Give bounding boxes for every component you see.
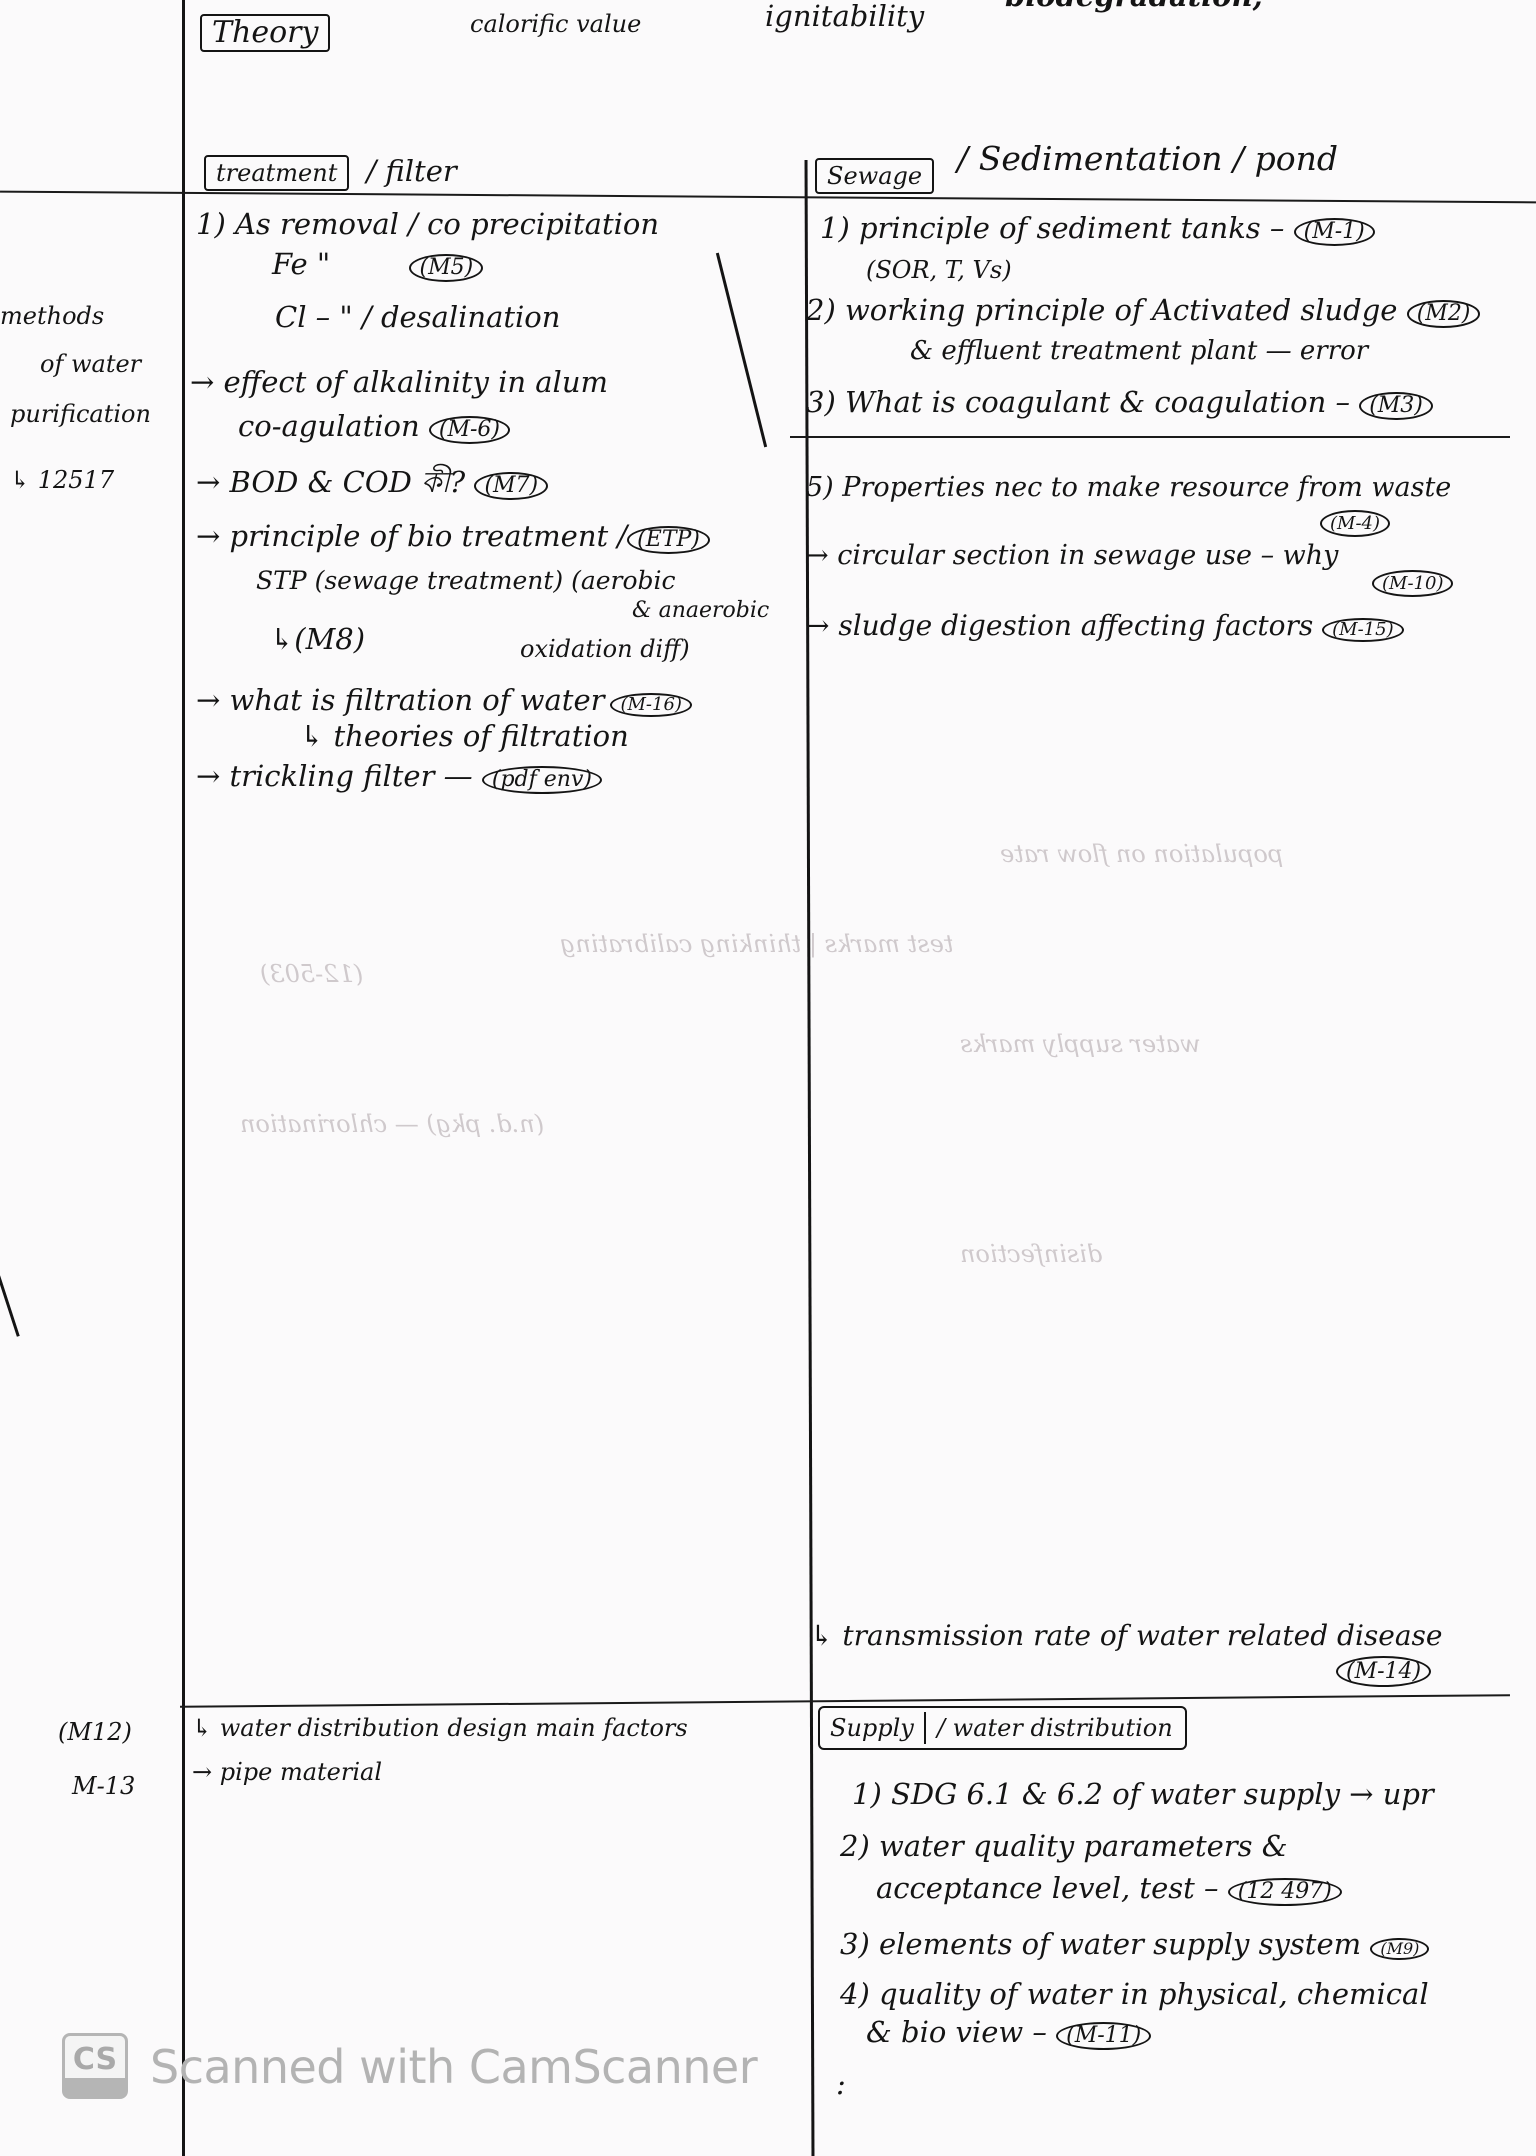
margin-stroke <box>0 1269 20 1337</box>
sewage-item-6: 5) Properties nec to make resource from … <box>806 474 1451 501</box>
treatment-item-9: & anaerobic <box>632 598 769 623</box>
margin-ref-m13: M-13 <box>72 1772 135 1800</box>
ref-badge: (M7) <box>474 472 548 500</box>
sewage-heading-row: Sewage / Sedimentation / pond <box>815 142 1338 180</box>
treatment-item-13: ↳ theories of filtration <box>300 722 629 751</box>
ref-badge: (M5) <box>409 254 483 282</box>
sewage-item-9: ↳ transmission rate of water related dis… <box>810 1622 1442 1650</box>
ref-badge: (M2) <box>1407 300 1481 328</box>
topic-ignitability: ignitability <box>765 2 924 31</box>
treatment-subheading: / filter <box>366 154 456 188</box>
camscanner-logo-icon: CS <box>62 2033 128 2099</box>
sewage-item-2: (SOR, T, Vs) <box>866 256 1012 284</box>
topic-calorific-value: calorific value <box>470 10 641 38</box>
treatment-item-7: → principle of bio treatment /(ETP) <box>196 522 710 554</box>
treatment-item-4: → effect of alkalinity in alum <box>190 368 608 397</box>
treatment-heading: treatment <box>204 155 349 191</box>
header-divider <box>0 191 1536 204</box>
ghost-text-2: test marks | thinking calibrating <box>560 930 953 958</box>
supply-item-7: : <box>836 2070 846 2099</box>
margin-methods: methods <box>0 302 104 330</box>
ref-badge: (M-11) <box>1056 2022 1151 2050</box>
supply-item-4: 3) elements of water supply system (M9) <box>840 1930 1429 1960</box>
ref-badge: (M-4) <box>1320 510 1390 537</box>
ghost-text-1: population on flow rate <box>1000 840 1283 868</box>
supply-subheading: / water distribution <box>937 1714 1173 1742</box>
ref-badge: (M-6) <box>429 416 510 444</box>
supply-item-5: 4) quality of water in physical, chemica… <box>840 1980 1429 2009</box>
ref-badge: (12 497) <box>1228 1878 1342 1906</box>
sewage-subheading: / Sedimentation / pond <box>957 139 1338 178</box>
left-margin-rule <box>182 0 185 2156</box>
middle-column-rule <box>805 160 815 2156</box>
ref-badge: (M3) <box>1359 392 1433 420</box>
treatment-item-10: ↳(M8) <box>270 625 365 654</box>
ref-badge: (M-1) <box>1294 218 1375 246</box>
ref-badge: (M-16) <box>610 693 691 717</box>
connector-arrow <box>716 253 767 448</box>
treatment-item-14: → trickling filter — (pdf env) <box>196 762 602 794</box>
ref-badge: (M-14) <box>1336 1656 1431 1687</box>
supply-item-6: & bio view – (M-11) <box>866 2018 1151 2050</box>
sewage-item-7: → circular section in sewage use – why <box>806 542 1338 569</box>
distribution-item-2: → pipe material <box>192 1758 382 1786</box>
treatment-item-5: co-agulation (M-6) <box>238 412 510 444</box>
ref-badge: (pdf env) <box>482 766 602 794</box>
treatment-item-1: 1) As removal / co precipitation <box>196 210 659 239</box>
sewage-item-7-ref: (M-10) <box>1372 570 1453 597</box>
sewage-item-5: 3) What is coagulant & coagulation – (M3… <box>806 388 1433 420</box>
sewage-item-9-ref: (M-14) <box>1336 1656 1431 1687</box>
ghost-text-4: (12-503) <box>260 960 363 988</box>
margin-of-water: of water <box>40 350 141 378</box>
ref-badge: (M-15) <box>1322 618 1403 642</box>
sewage-item-6-ref: (M-4) <box>1320 510 1390 537</box>
sewage-item-3: 2) working principle of Activated sludge… <box>806 296 1480 328</box>
supply-heading: Supply <box>820 1712 926 1744</box>
supply-item-2: 2) water quality parameters & <box>840 1832 1288 1861</box>
theory-heading: Theory <box>200 14 330 52</box>
sewage-item-8: → sludge digestion affecting factors (M-… <box>806 612 1404 642</box>
ref-badge: (M9) <box>1370 1938 1429 1960</box>
sewage-heading: Sewage <box>815 158 934 194</box>
treatment-item-11: oxidation diff) <box>520 635 690 663</box>
sewage-item-4: & effluent treatment plant — error <box>910 338 1368 364</box>
treatment-heading-row: treatment / filter <box>204 155 457 191</box>
treatment-item-3: Cl – " / desalination <box>275 303 560 332</box>
ghost-text-6: disinfection <box>960 1240 1102 1268</box>
sewage-mid-divider <box>790 436 1510 438</box>
treatment-item-2: Fe " (M5) <box>272 250 483 282</box>
topic-biodegradation: biodegradation, <box>1005 0 1263 11</box>
margin-page-ref: ↳ 12517 <box>10 466 114 494</box>
ref-badge: (M-10) <box>1372 570 1453 597</box>
top-row: Theory <box>200 14 330 52</box>
margin-purification: purification <box>10 400 151 428</box>
treatment-item-8: STP (sewage treatment) (aerobic <box>256 568 676 593</box>
distribution-item-1: ↳ water distribution design main factors <box>192 1714 688 1742</box>
treatment-item-12: → what is filtration of water(M-16) <box>196 686 692 717</box>
ghost-text-5: (n.d. pkg) — chlorination <box>240 1110 544 1138</box>
ref-badge: (ETP) <box>627 526 710 554</box>
treatment-item-6: → BOD & COD কী? (M7) <box>196 468 548 500</box>
ghost-text-3: water supply marks <box>960 1030 1201 1058</box>
supply-heading-row: Supply / water distribution <box>818 1706 1187 1750</box>
camscanner-watermark: Scanned with CamScanner <box>150 2040 757 2094</box>
sewage-item-1: 1) principle of sediment tanks – (M-1) <box>820 214 1375 246</box>
margin-ref-m12: (M12) <box>58 1718 132 1746</box>
supply-item-1: 1) SDG 6.1 & 6.2 of water supply → upr <box>852 1780 1434 1809</box>
supply-item-3: acceptance level, test – (12 497) <box>876 1874 1342 1906</box>
